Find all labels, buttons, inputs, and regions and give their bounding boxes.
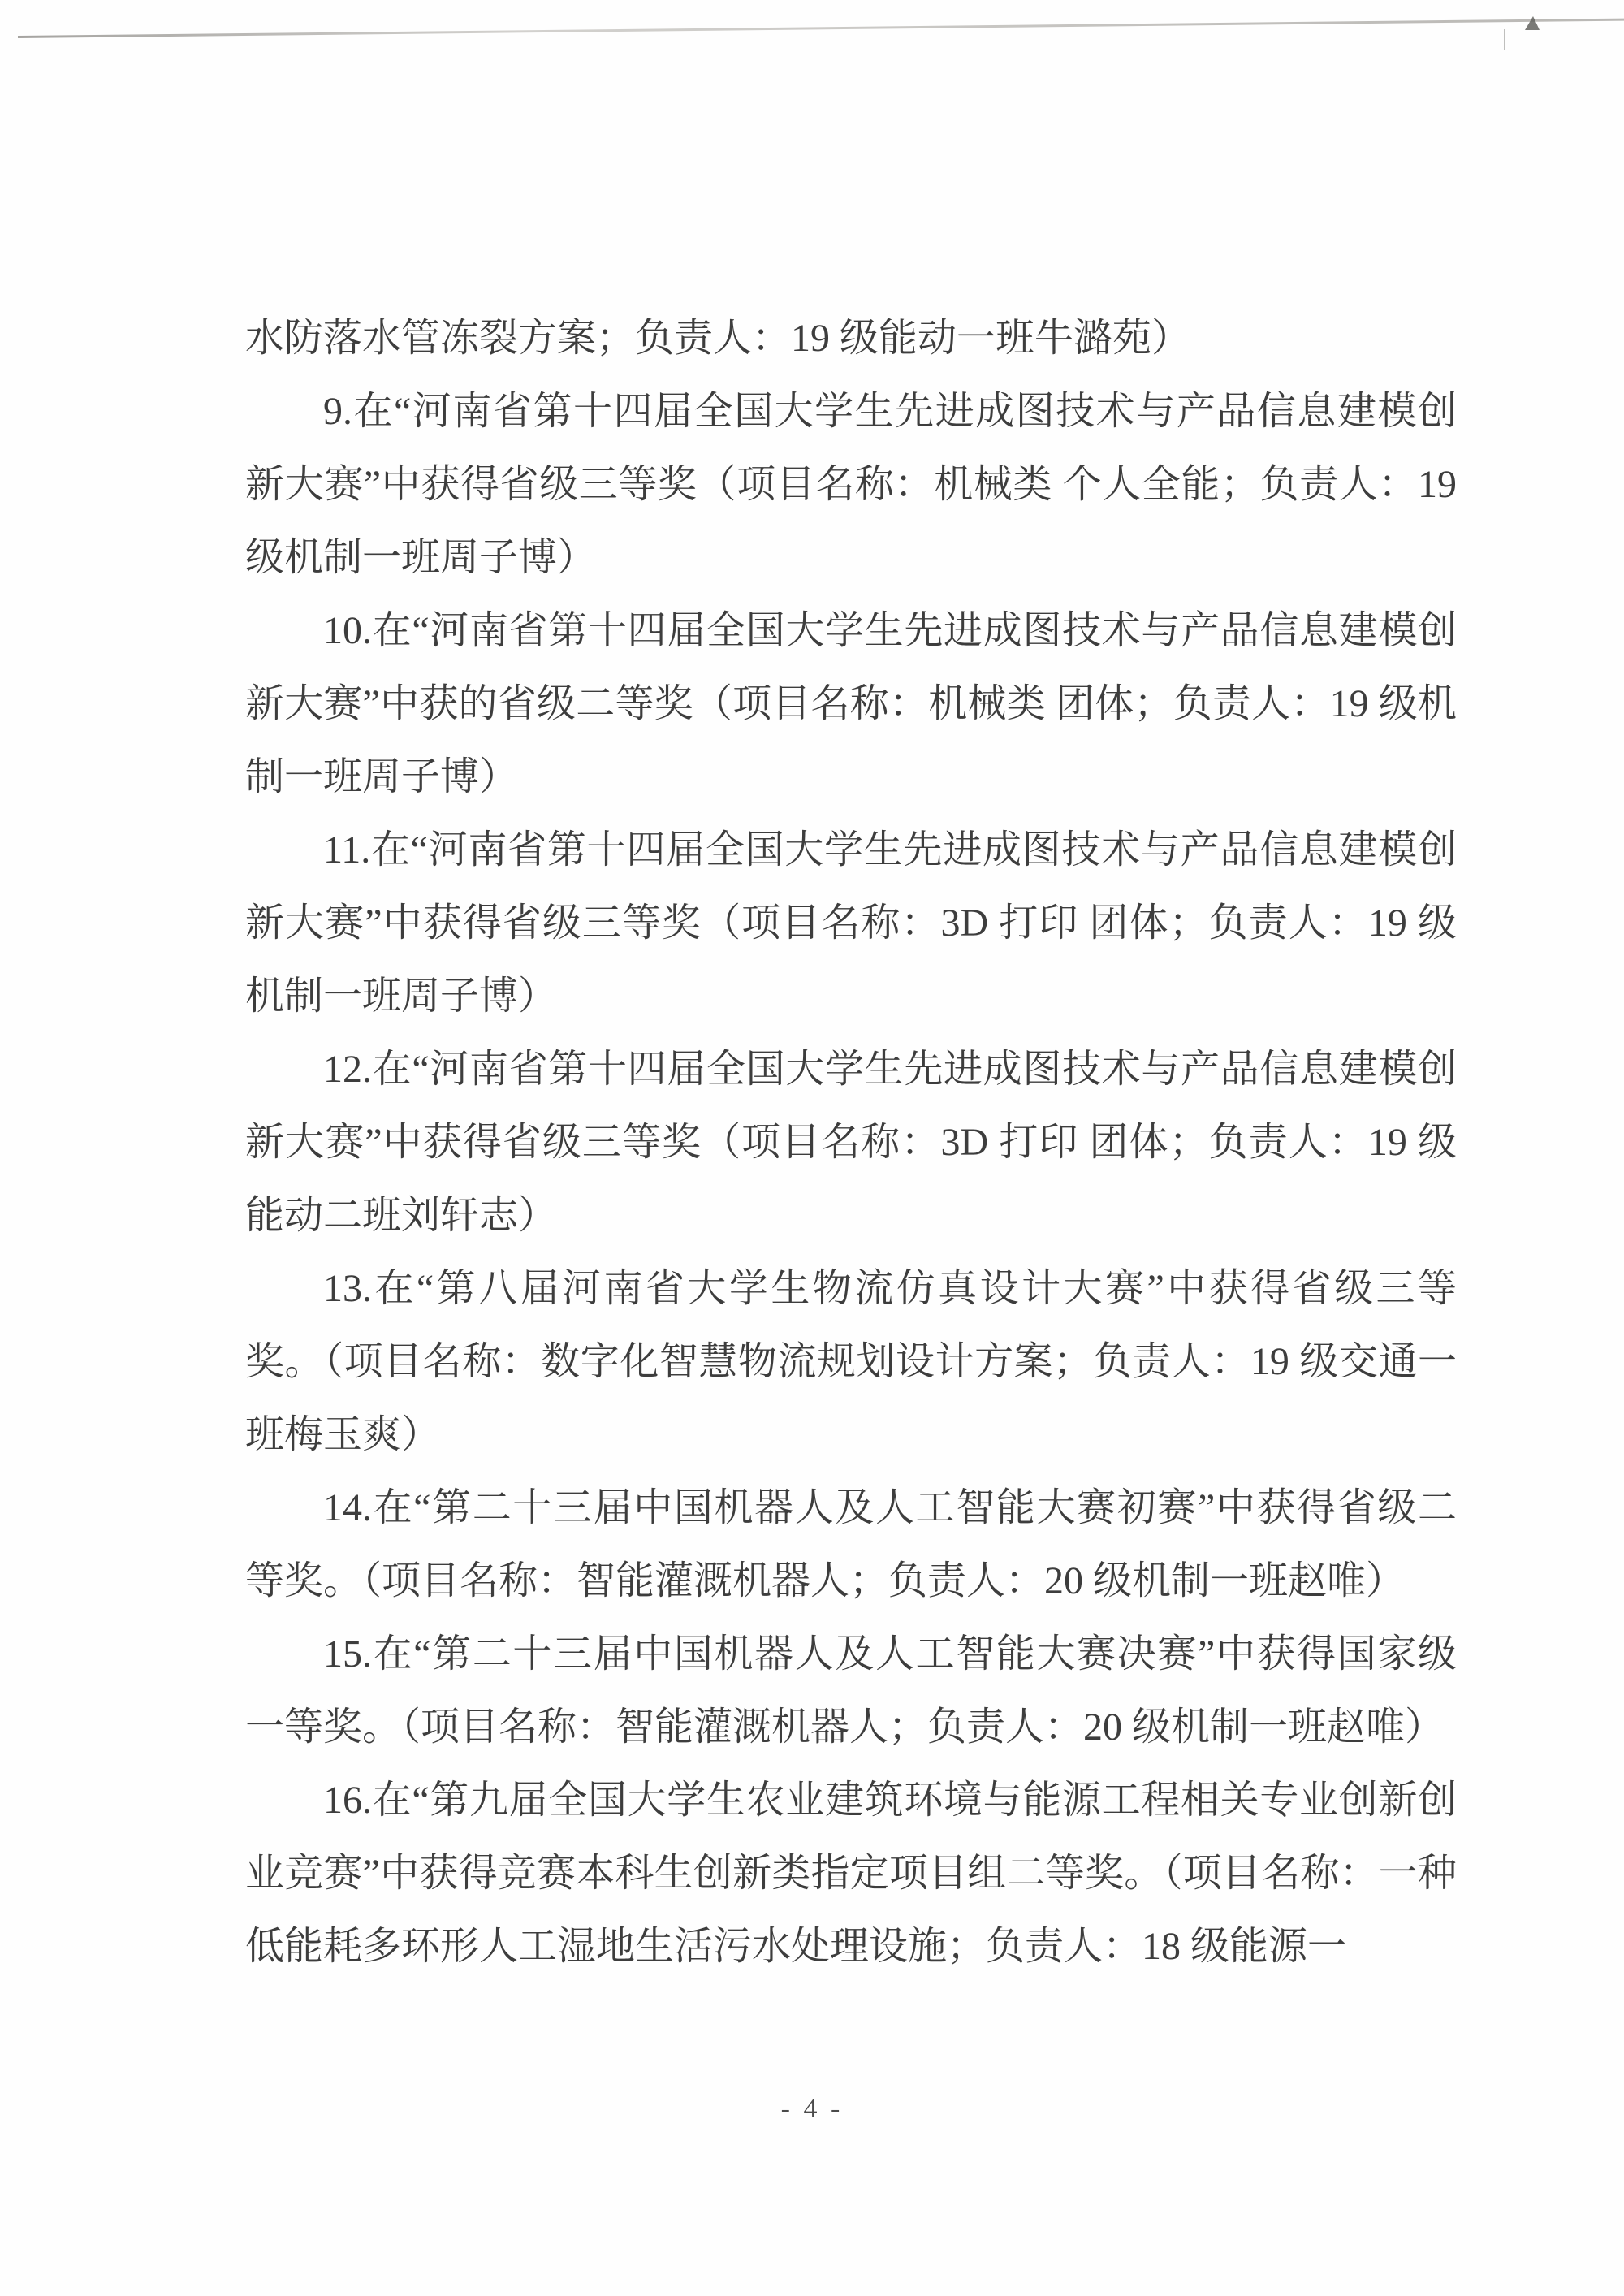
- page-number: - 4 -: [0, 2094, 1624, 2125]
- item-16: 16.在“第九届全国大学生农业建筑环境与能源工程相关专业创新创业竞赛”中获得竞赛…: [245, 1764, 1457, 1983]
- scan-artifact-line: [18, 18, 1624, 38]
- item-12: 12.在“河南省第十四届全国大学生先进成图技术与产品信息建模创新大赛”中获得省级…: [245, 1033, 1457, 1252]
- item-11: 11.在“河南省第十四届全国大学生先进成图技术与产品信息建模创新大赛”中获得省级…: [245, 814, 1457, 1033]
- scanned-document-page: 水防落水管冻裂方案；负责人：19 级能动一班牛潞苑）9.在“河南省第十四届全国大…: [0, 0, 1624, 2296]
- scan-artifact-mark: [1525, 16, 1540, 30]
- scan-artifact-tick: [1504, 29, 1505, 50]
- item-15: 15.在“第二十三届中国机器人及人工智能大赛决赛”中获得国家级一等奖。（项目名称…: [245, 1618, 1457, 1764]
- item-13: 13.在“第八届河南省大学生物流仿真设计大赛”中获得省级三等奖。（项目名称：数字…: [245, 1252, 1457, 1472]
- item-10: 10.在“河南省第十四届全国大学生先进成图技术与产品信息建模创新大赛”中获的省级…: [245, 595, 1457, 814]
- item-8-continuation: 水防落水管冻裂方案；负责人：19 级能动一班牛潞苑）: [245, 302, 1457, 375]
- document-body: 水防落水管冻裂方案；负责人：19 级能动一班牛潞苑）9.在“河南省第十四届全国大…: [245, 302, 1457, 1983]
- item-14: 14.在“第二十三届中国机器人及人工智能大赛初赛”中获得省级二等奖。（项目名称：…: [245, 1472, 1457, 1618]
- item-9: 9.在“河南省第十四届全国大学生先进成图技术与产品信息建模创新大赛”中获得省级三…: [245, 375, 1457, 595]
